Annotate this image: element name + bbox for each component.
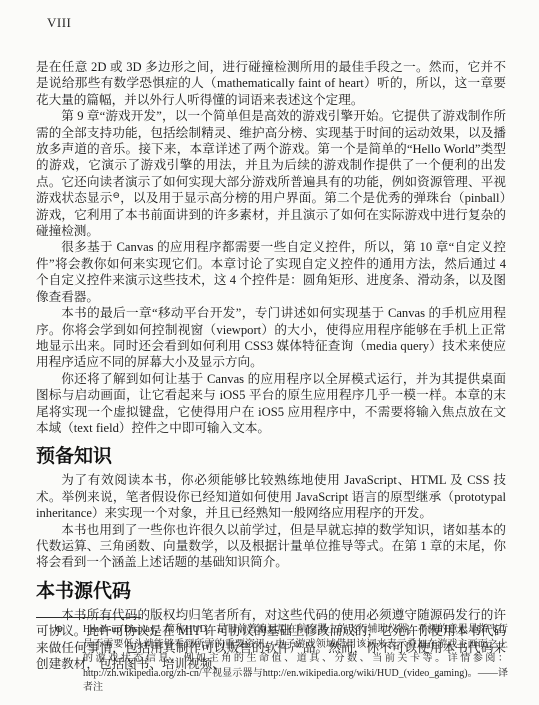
footnote-ref-marker: ⊖ — [113, 190, 121, 200]
heading-prerequisites: 预备知识 — [36, 445, 506, 468]
footnote-marker: ⊖ — [55, 623, 83, 696]
heading-source-code: 本书源代码 — [36, 580, 506, 603]
paragraph-fullscreen-ios5: 你还将了解到如何让基于 Canvas 的应用程序以全屏模式运行，并为其提供桌面图… — [36, 371, 506, 437]
paragraph-chapter9-game-development: 第 9 章“游戏开发”，以一个简单但是高效的游戏引擎开始。它提供了游戏制作所需的… — [36, 108, 506, 239]
page-number: VIII — [47, 15, 71, 31]
footnote-divider — [36, 617, 141, 618]
page-content: 是在任意 2D 或 3D 多边形之间，进行碰撞检测所用的最佳手段之一。然而，它并… — [36, 59, 506, 672]
footnote-area: ⊖ Heads-up Display，简称HUD。是目前普遍运用在航空器上的飞行… — [36, 617, 508, 696]
paragraph-collision-theorem-continuation: 是在任意 2D 或 3D 多边形之间，进行碰撞检测所用的最佳手段之一。然而，它并… — [36, 59, 506, 108]
paragraph-prerequisite-math: 本书也用到了一些你也许很久以前学过，但是早就忘掉的数学知识，诸如基本的代数运算、… — [36, 522, 506, 571]
footnote: ⊖ Heads-up Display，简称HUD。是目前普遍运用在航空器上的飞行… — [36, 623, 508, 696]
paragraph-chapter10-custom-controls: 很多基于 Canvas 的应用程序都需要一些自定义控件，所以，第 10 章“自定… — [36, 239, 506, 305]
paragraph-mobile-platform: 本书的最后一章“移动平台开发”，专门讲述如何实现基于 Canvas 的手机应用程… — [36, 305, 506, 371]
book-page: VIII 是在任意 2D 或 3D 多边形之间，进行碰撞检测所用的最佳手段之一。… — [0, 0, 539, 705]
footnote-text: Heads-up Display，简称HUD。是目前普遍运用在航空器上的飞行辅助… — [83, 623, 508, 696]
paragraph-prerequisite-skills: 为了有效阅读本书，你必须能够比较熟练地使用 JavaScript、HTML 及 … — [36, 472, 506, 521]
